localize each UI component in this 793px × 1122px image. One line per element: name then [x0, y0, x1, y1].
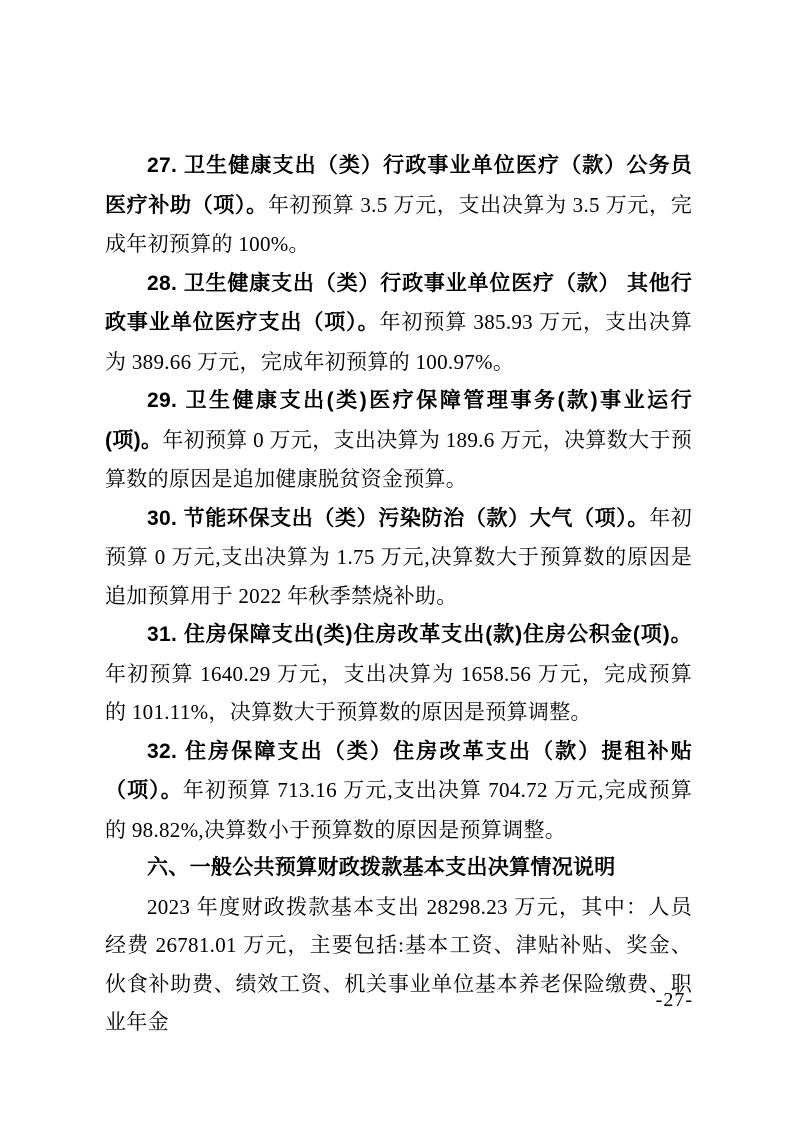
document-content: 27. 卫生健康支出（类）行政事业单位医疗（款）公务员医疗补助（项）。年初预算 …	[105, 146, 692, 1042]
budget-item-28-paragraph: 28. 卫生健康支出（类）行政事业单位医疗（款） 其他行政事业单位医疗支出（项）…	[105, 264, 692, 382]
page-number: -27-	[656, 989, 693, 1012]
budget-item-30-paragraph: 30. 节能环保支出（类）污染防治（款）大气（项）。年初预算 0 万元,支出决算…	[105, 499, 692, 616]
budget-item-30-heading: 30. 节能环保支出（类）污染防治（款）大气（项）。	[147, 507, 649, 530]
budget-item-31-paragraph: 31. 住房保障支出(类)住房改革支出(款)住房公积金(项)。年初预算 1640…	[105, 615, 692, 732]
budget-item-32-detail: 年初预算 713.16 万元,支出决算 704.72 万元,完成预算的 98.8…	[105, 778, 692, 842]
document-page: 27. 卫生健康支出（类）行政事业单位医疗（款）公务员医疗补助（项）。年初预算 …	[0, 0, 793, 1122]
budget-item-31-heading: 31. 住房保障支出(类)住房改革支出(款)住房公积金(项)。	[147, 623, 692, 646]
budget-item-29-paragraph: 29. 卫生健康支出(类)医疗保障管理事务(款)事业运行(项)。年初预算 0 万…	[105, 381, 692, 499]
section-six-heading: 六、一般公共预算财政拨款基本支出决算情况说明	[105, 849, 692, 888]
section-six-body-paragraph: 2023 年度财政拨款基本支出 28298.23 万元，其中：人员经费 2678…	[105, 888, 692, 1042]
budget-item-31-detail: 年初预算 1640.29 万元，支出决算为 1658.56 万元，完成预算的 1…	[105, 662, 692, 725]
budget-item-29-detail: 年初预算 0 万元，支出决算为 189.6 万元，决算数大于预算数的原因是追加健…	[105, 428, 692, 492]
budget-item-32-paragraph: 32. 住房保障支出（类）住房改革支出（款）提租补贴（项）。年初预算 713.1…	[105, 732, 692, 850]
budget-item-27-paragraph: 27. 卫生健康支出（类）行政事业单位医疗（款）公务员医疗补助（项）。年初预算 …	[105, 146, 692, 264]
